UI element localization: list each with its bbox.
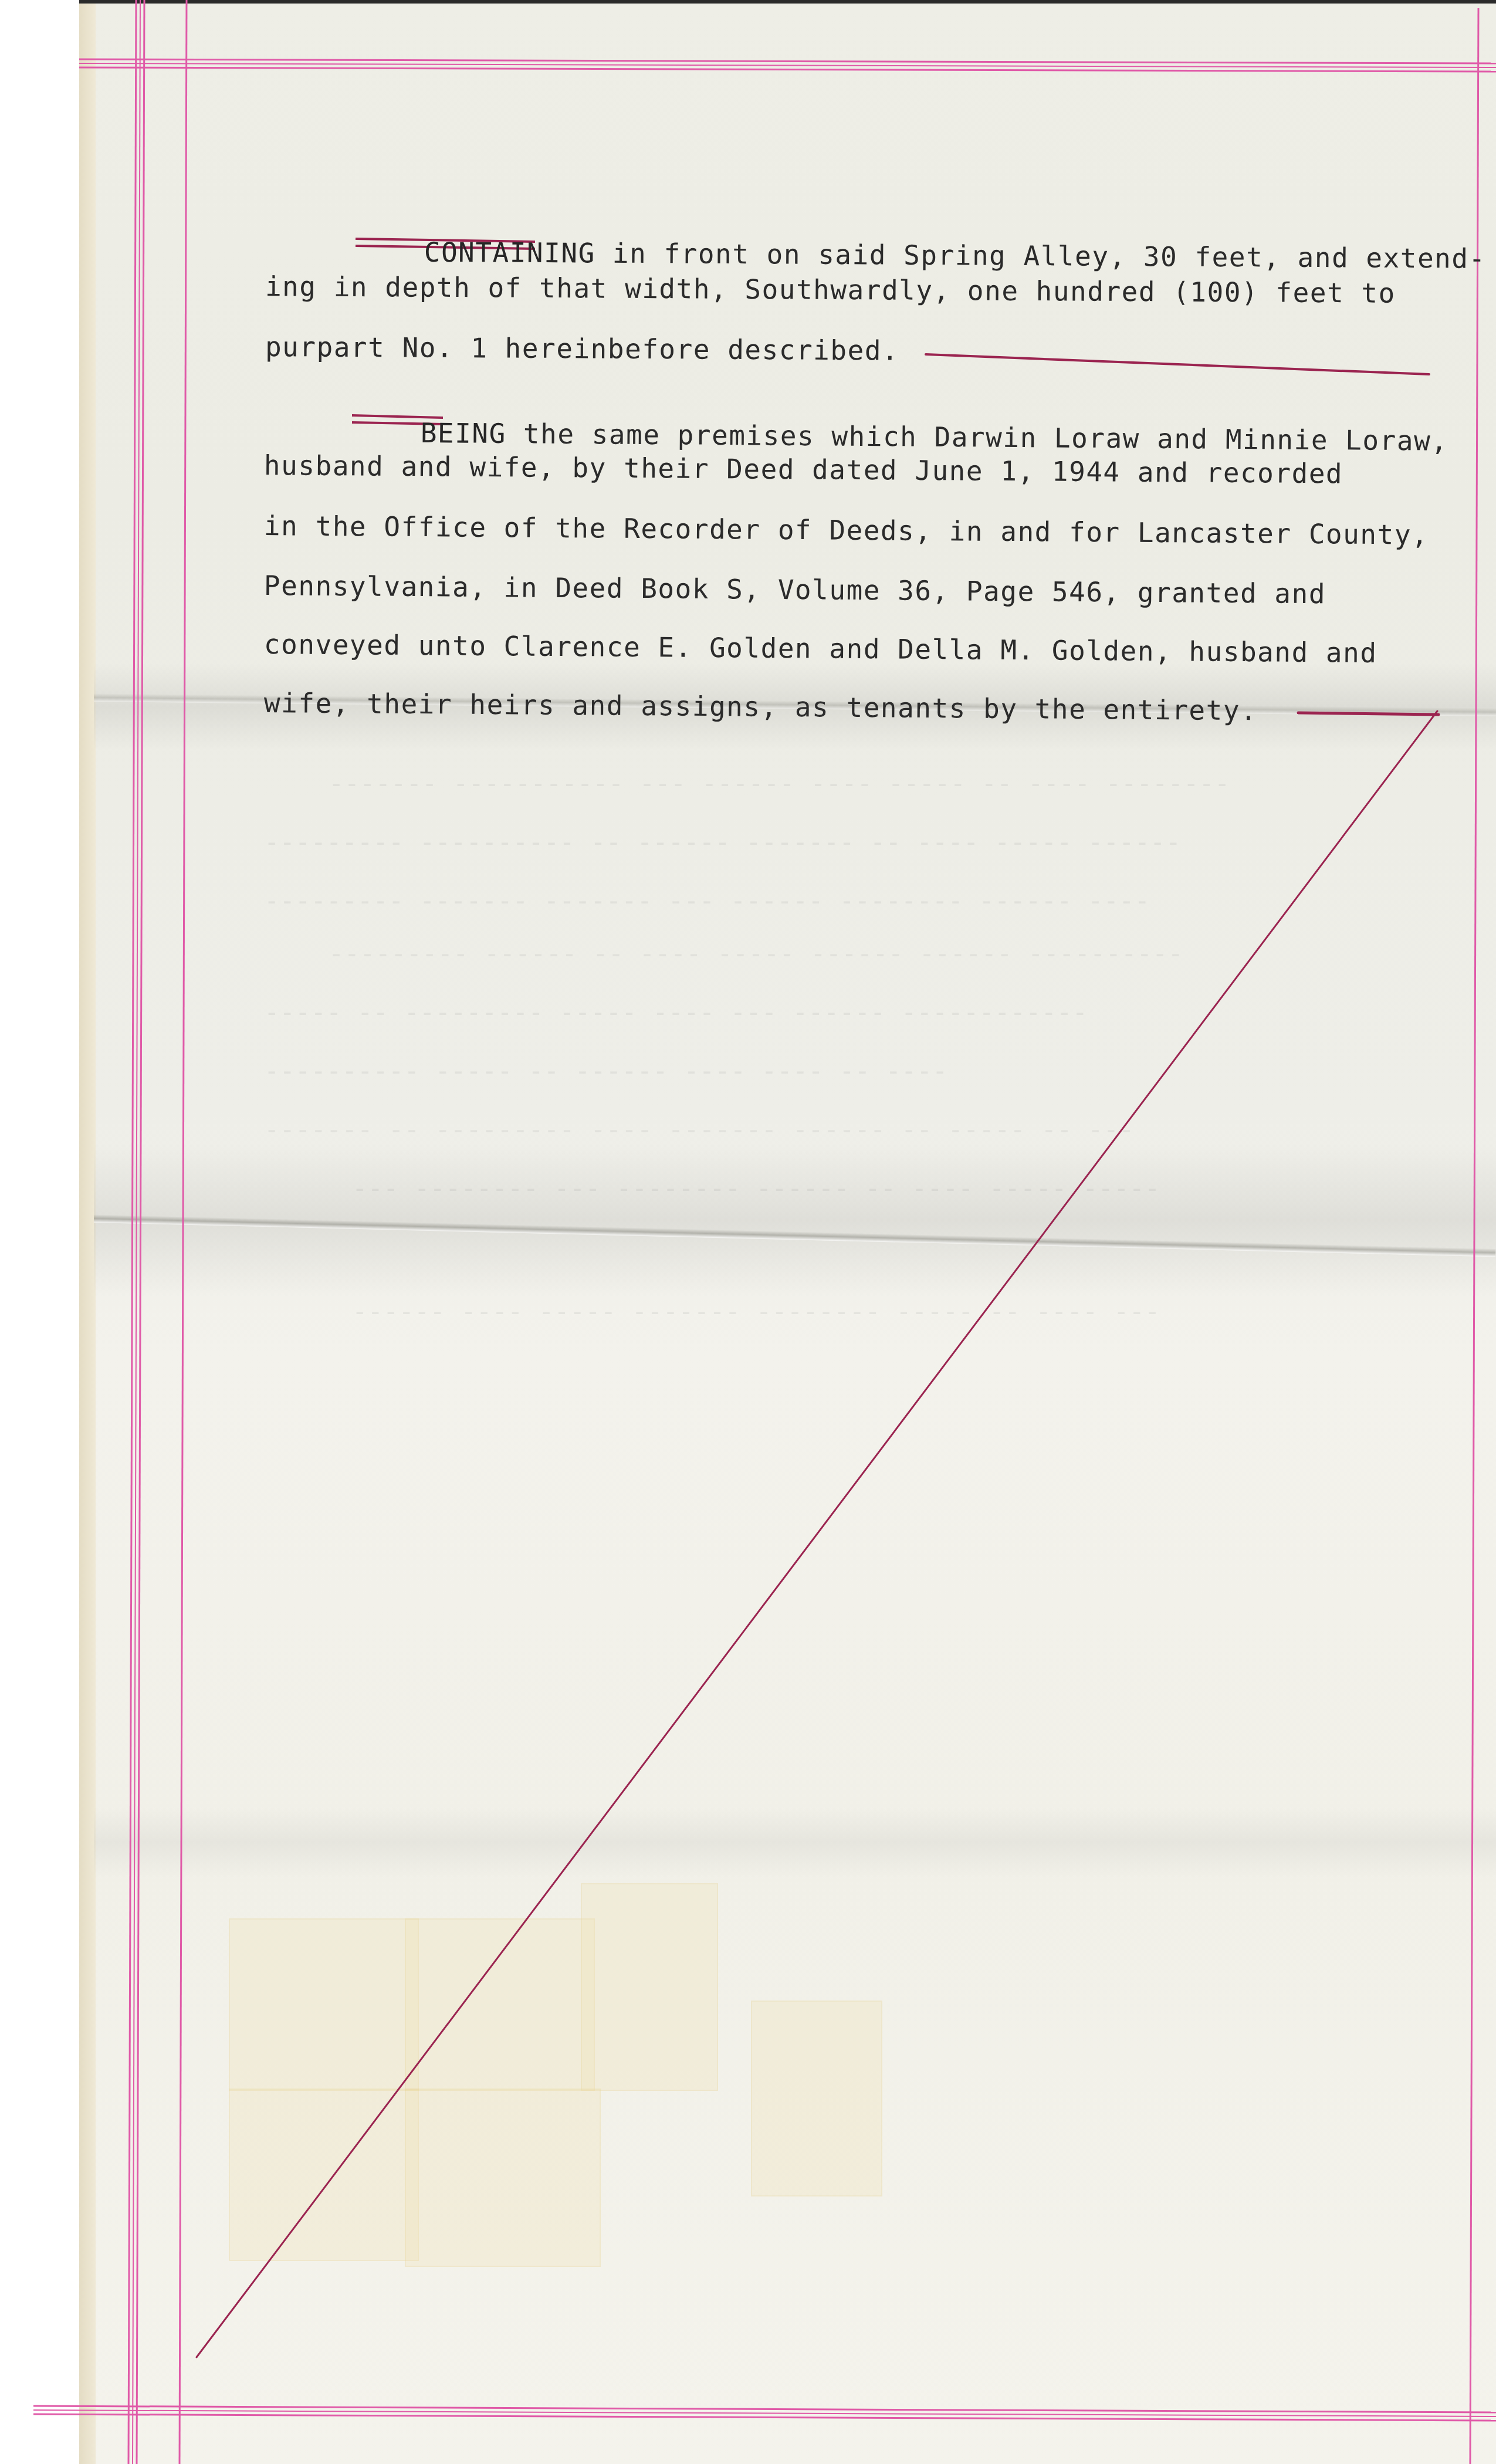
- bleed-through-text: ------------ ------ --- ---- ----- -----…: [264, 997, 1088, 1027]
- bleed-through-text: --- ---- -- ----- -------- ------- -----…: [352, 1297, 1160, 1326]
- text-line: conveyed unto Clarence E. Golden and Del…: [264, 631, 1377, 666]
- text-line: wife, their heirs and assigns, as tenant…: [264, 689, 1258, 724]
- bleed-through-text: ---- ------ -------- ------ --- ------- …: [264, 886, 1150, 916]
- bleed-through-text: --- -- ----- -- ------ ------- ---- ----…: [264, 1115, 1134, 1145]
- bleed-through-text: ---- -- ---- ---- ------ -- ----- ------…: [264, 1056, 948, 1086]
- lead-word-being: BEING: [421, 417, 506, 449]
- bleed-through-text: ----- ----- ---- -- ------ -------- --- …: [352, 1173, 1160, 1203]
- text-line: in the Office of the Recorder of Deeds, …: [264, 512, 1429, 549]
- text-line: husband and wife, by their Deed dated Ju…: [264, 452, 1343, 487]
- bleed-through-text: ---------- ------ ------ ----- ---- -- -…: [329, 939, 1183, 969]
- bleed-through-text: -------- ---- -- ----- ---- ------ --- -…: [329, 769, 1230, 798]
- text-line: ing in depth of that width, Southwardly,…: [265, 273, 1396, 307]
- text-line: purpart No. 1 hereinbefore described.: [265, 333, 899, 364]
- text-line: Pennsylvania, in Deed Book S, Volume 36,…: [264, 572, 1326, 607]
- lead-word-containing: CONTAINING: [424, 236, 595, 269]
- legal-ruling: [0, 0, 1496, 2464]
- bleed-through-text: ------ ----- ---- -- ------- ------ -- -…: [264, 827, 1181, 857]
